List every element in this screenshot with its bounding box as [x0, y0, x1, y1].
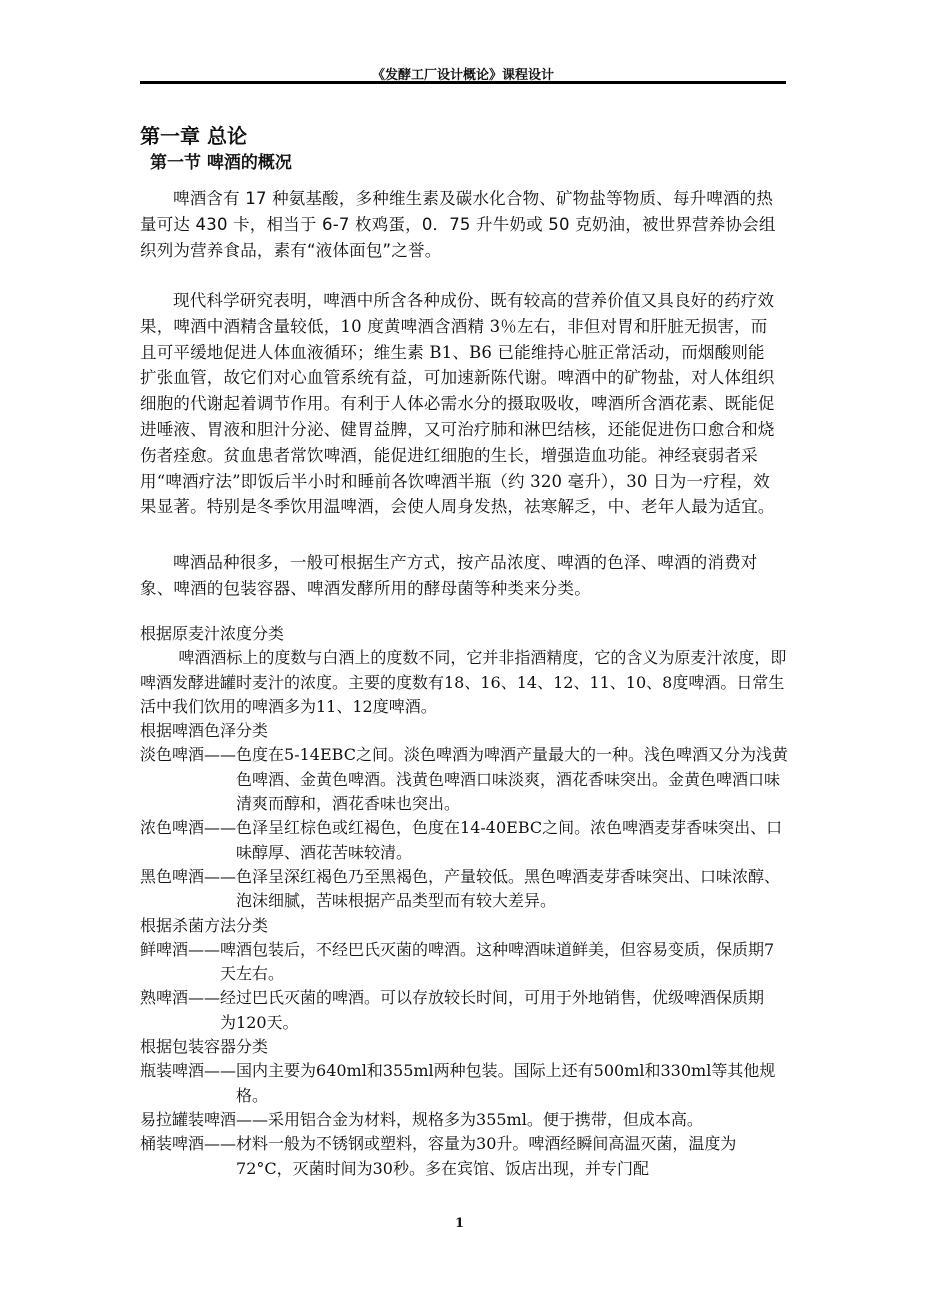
definition-pale-beer: 淡色啤酒—— 色度在5-14EBC之间。淡色啤酒为啤酒产量最大的一种。浅色啤酒又… — [140, 743, 790, 816]
definition-black-beer: 黑色啤酒—— 色泽呈深红褐色乃至黑褐色，产量较低。黑色啤酒麦芽香味突出、口味浓醇… — [140, 865, 790, 914]
desc-canned-beer: 采用铝合金为材料，规格多为355ml。便于携带，但成本高。 — [268, 1108, 790, 1132]
classification-section: 根据原麦汁浓度分类 啤酒酒标上的度数与白酒上的度数不同，它并非指酒精度，它的含义… — [140, 622, 790, 1181]
term-canned-beer: 易拉罐装啤酒—— — [140, 1108, 268, 1132]
definition-keg-beer: 桶装啤酒—— 材料一般为不锈钢或塑料，容量为30升。啤酒经瞬间高温灭菌，温度为7… — [140, 1132, 790, 1181]
paragraph-health-benefits: 现代科学研究表明，啤酒中所含各种成份、既有较高的营养价值又具良好的药疗效果，啤酒… — [140, 288, 780, 520]
wort-concentration-text: 啤酒酒标上的度数与白酒上的度数不同，它并非指酒精度，它的含义为原麦汁浓度，即啤酒… — [140, 646, 790, 719]
document-page: 《发酵工厂设计概论》课程设计 第一章 总论 第一节 啤酒的概况 啤酒含有 17 … — [0, 0, 926, 1310]
heading-packaging: 根据包装容器分类 — [140, 1035, 790, 1059]
term-fresh-beer: 鲜啤酒—— — [140, 938, 220, 987]
term-black-beer: 黑色啤酒—— — [140, 865, 236, 914]
desc-black-beer: 色泽呈深红褐色乃至黑褐色，产量较低。黑色啤酒麦芽香味突出、口味浓醇、泡沫细腻，苦… — [236, 865, 790, 914]
term-amber-beer: 浓色啤酒—— — [140, 816, 236, 865]
header-rule — [140, 81, 786, 84]
term-pasteurized-beer: 熟啤酒—— — [140, 986, 220, 1035]
desc-keg-beer: 材料一般为不锈钢或塑料，容量为30升。啤酒经瞬间高温灭菌，温度为72°C，灭菌时… — [236, 1132, 790, 1181]
heading-wort-concentration: 根据原麦汁浓度分类 — [140, 622, 790, 646]
term-bottled-beer: 瓶装啤酒—— — [140, 1059, 236, 1108]
term-pale-beer: 淡色啤酒—— — [140, 743, 236, 816]
page-number: 1 — [455, 1216, 464, 1231]
desc-pasteurized-beer: 经过巴氏灭菌的啤酒。可以存放较长时间，可用于外地销售，优级啤酒保质期为120天。 — [220, 986, 776, 1035]
paragraph-varieties: 啤酒品种很多，一般可根据生产方式，按产品浓度、啤酒的色泽、啤酒的消费对象、啤酒的… — [140, 550, 780, 602]
heading-color: 根据啤酒色泽分类 — [140, 719, 790, 743]
desc-fresh-beer: 啤酒包装后，不经巴氏灭菌的啤酒。这种啤酒味道鲜美，但容易变质，保质期7天左右。 — [220, 938, 776, 987]
paragraph-nutrition: 啤酒含有 17 种氨基酸，多种维生素及碳水化合物、矿物盐等物质、每升啤酒的热量可… — [140, 186, 780, 263]
term-keg-beer: 桶装啤酒—— — [140, 1132, 236, 1181]
definition-bottled-beer: 瓶装啤酒—— 国内主要为640ml和355ml两种包装。国际上还有500ml和3… — [140, 1059, 790, 1108]
section-title: 第一节 啤酒的概况 — [150, 148, 292, 173]
definition-fresh-beer: 鲜啤酒—— 啤酒包装后，不经巴氏灭菌的啤酒。这种啤酒味道鲜美，但容易变质，保质期… — [140, 938, 790, 987]
heading-sterilization: 根据杀菌方法分类 — [140, 914, 790, 938]
chapter-title: 第一章 总论 — [140, 120, 247, 149]
desc-bottled-beer: 国内主要为640ml和355ml两种包装。国际上还有500ml和330ml等其他… — [236, 1059, 790, 1108]
definition-dark-amber-beer: 浓色啤酒—— 色泽呈红棕色或红褐色，色度在14-40EBC之间。浓色啤酒麦芽香味… — [140, 816, 790, 865]
desc-amber-beer: 色泽呈红棕色或红褐色，色度在14-40EBC之间。浓色啤酒麦芽香味突出、口味醇厚… — [236, 816, 790, 865]
desc-pale-beer: 色度在5-14EBC之间。淡色啤酒为啤酒产量最大的一种。浅色啤酒又分为浅黄色啤酒… — [236, 743, 790, 816]
definition-pasteurized-beer: 熟啤酒—— 经过巴氏灭菌的啤酒。可以存放较长时间，可用于外地销售，优级啤酒保质期… — [140, 986, 790, 1035]
definition-canned-beer: 易拉罐装啤酒—— 采用铝合金为材料，规格多为355ml。便于携带，但成本高。 — [140, 1108, 790, 1132]
